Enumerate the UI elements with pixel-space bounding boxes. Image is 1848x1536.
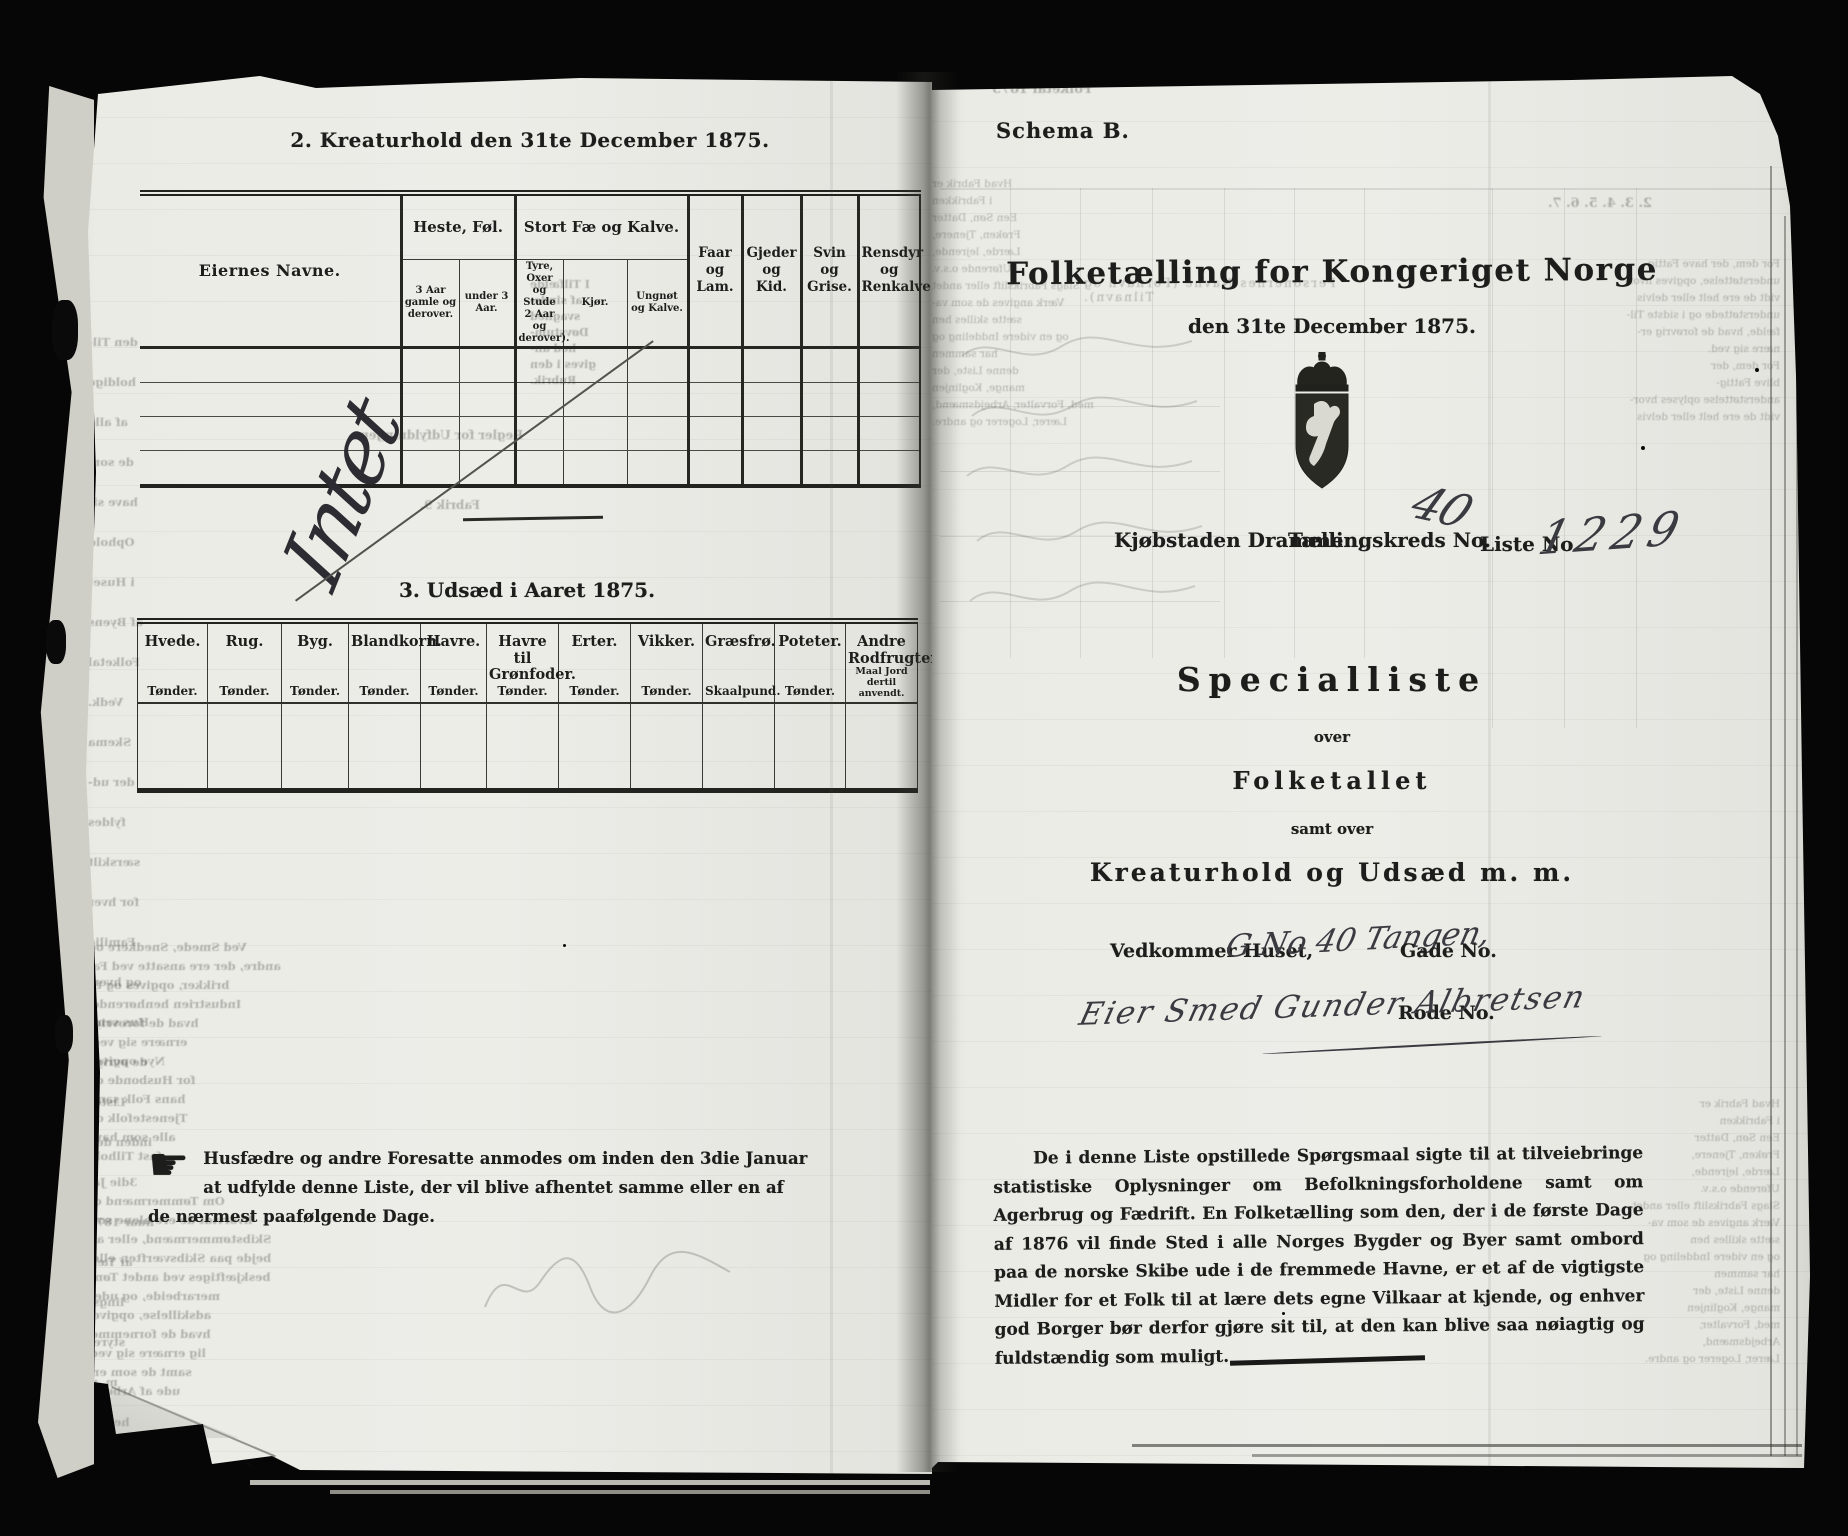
kreaturhold-title: 2. Kreaturhold den 31te December 1875. bbox=[210, 128, 850, 152]
page-crease bbox=[830, 72, 833, 1474]
empty-table-cell bbox=[627, 416, 688, 450]
subcol-ungnot-kalve: Ungnøt og Kalve. bbox=[627, 259, 688, 347]
info-paragraph: De i denne Liste opstillede Spørgsmaal s… bbox=[993, 1139, 1645, 1373]
empty-table-cell bbox=[688, 382, 742, 416]
col-group-stort-fae: Stort Fæ og Kalve. bbox=[515, 193, 688, 259]
empty-table-cell bbox=[487, 703, 559, 791]
empty-table-cell bbox=[775, 703, 846, 791]
subcol-heste-3aar: 3 Aar gamle og derover. bbox=[401, 259, 459, 347]
specialliste-title: Specialliste bbox=[952, 660, 1712, 699]
empty-table-cell bbox=[703, 703, 775, 791]
stacked-sheet-edge bbox=[250, 1480, 930, 1485]
list-value-handwritten: 1229 bbox=[1533, 500, 1691, 565]
udsaed-col-havre: Havre.Tønder. bbox=[421, 621, 487, 703]
stacked-sheet-edge bbox=[1784, 216, 1786, 1456]
empty-table-cell bbox=[559, 703, 631, 791]
empty-table-cell bbox=[401, 347, 459, 382]
gutter-shadow bbox=[896, 72, 960, 1472]
empty-table-cell bbox=[563, 450, 627, 486]
empty-table-cell bbox=[515, 450, 563, 486]
ghost-cursive-squiggle bbox=[480, 1237, 740, 1327]
bleedthrough-tilhold-block: I Tilfælde af sinds- svaghed Døvstum- he… bbox=[530, 277, 616, 389]
empty-table-cell bbox=[421, 703, 487, 791]
empty-table-cell bbox=[742, 347, 801, 382]
manicule-icon: ☛ bbox=[148, 1144, 189, 1184]
col-group-heste: Heste, Føl. bbox=[401, 193, 515, 259]
udsaed-col-havre-gronfoder: Havre til Grønfoder.Tønder. bbox=[487, 621, 559, 703]
district-label: Tællingskreds No. bbox=[1288, 528, 1491, 552]
empty-table-cell bbox=[459, 450, 515, 486]
right-page: Folketal 1875 2. 3. 4. 5. 6. 7. Personer… bbox=[932, 76, 1810, 1468]
empty-table-cell bbox=[631, 703, 703, 791]
empty-table-cell bbox=[349, 703, 421, 791]
empty-table-cell bbox=[627, 382, 688, 416]
main-title: Folketælling for Kongeriget Norge bbox=[952, 251, 1712, 292]
udsaed-col-poteter: Poteter.Tønder. bbox=[775, 621, 846, 703]
empty-table-cell bbox=[742, 450, 801, 486]
tear-blob bbox=[52, 300, 78, 360]
empty-table-cell bbox=[459, 382, 515, 416]
owner-signature-handwritten: Eier Smed Gunder Albretsen bbox=[1076, 979, 1591, 1033]
udsaed-col-rug: Rug.Tønder. bbox=[208, 621, 282, 703]
ghost-cursive-squiggle bbox=[952, 326, 1212, 626]
speck bbox=[1641, 446, 1645, 450]
col-header-gjeder-kid: Gjeder og Kid. bbox=[742, 193, 801, 347]
udsaed-col-blandkorn: Blandkorn.Tønder. bbox=[349, 621, 421, 703]
empty-table-cell bbox=[688, 450, 742, 486]
empty-table-cell bbox=[459, 347, 515, 382]
empty-table-cell bbox=[140, 347, 401, 382]
scanned-census-spread: den Til- holdige af alle de som have sit… bbox=[0, 0, 1848, 1536]
signature-flourish bbox=[1262, 1035, 1602, 1055]
empty-table-cell bbox=[138, 703, 208, 791]
speck bbox=[1755, 368, 1759, 372]
stacked-sheet-edge bbox=[1796, 336, 1798, 1456]
empty-table-cell bbox=[627, 450, 688, 486]
udsaed-title: 3. Udsæd i Aaret 1875. bbox=[137, 578, 917, 602]
speck bbox=[563, 944, 566, 947]
col-header-eiernes-navne: Eiernes Navne. bbox=[140, 193, 401, 347]
page-crease bbox=[1488, 76, 1491, 1468]
short-rule bbox=[463, 516, 603, 521]
specialliste-folketallet: Folketallet bbox=[952, 766, 1712, 795]
empty-table-cell bbox=[742, 416, 801, 450]
left-page: den Til- holdige af alle de som have sit… bbox=[60, 72, 932, 1474]
empty-table-cell bbox=[282, 703, 349, 791]
empty-table-cell bbox=[208, 703, 282, 791]
norway-coat-of-arms bbox=[1284, 352, 1360, 494]
udsaed-col-graesfro: Græsfrø.Skaalpund. bbox=[703, 621, 775, 703]
bleedthrough-bottom-a: Ved Smede, Snedkere og andre, der ere an… bbox=[88, 938, 318, 1166]
stacked-sheet-edge bbox=[330, 1490, 930, 1494]
tear-blob bbox=[55, 1015, 73, 1053]
empty-table-cell bbox=[563, 416, 627, 450]
stacked-sheet-edge bbox=[1252, 1454, 1802, 1457]
stacked-sheet-edge bbox=[1132, 1444, 1802, 1447]
udsaed-col-hvede: Hvede.Tønder. bbox=[138, 621, 208, 703]
empty-table-cell bbox=[742, 382, 801, 416]
tear-blob bbox=[46, 620, 66, 664]
stacked-sheet-edge bbox=[1770, 166, 1772, 1456]
empty-table-cell bbox=[688, 416, 742, 450]
schema-label: Schema B. bbox=[996, 118, 1130, 143]
torn-edge-strip bbox=[38, 86, 94, 1478]
udsaed-table: Hvede.Tønder. Rug.Tønder. Byg.Tønder. Bl… bbox=[137, 618, 918, 793]
udsaed-col-vikker: Vikker.Tønder. bbox=[631, 621, 703, 703]
udsaed-col-erter: Erter.Tønder. bbox=[559, 621, 631, 703]
empty-table-cell bbox=[688, 347, 742, 382]
bleedthrough-right-col: For dem, der have Fattig- understøttelse… bbox=[1620, 256, 1780, 426]
udsaed-col-byg: Byg.Tønder. bbox=[282, 621, 349, 703]
footnote-text: Husfædre og andre Foresatte anmodes om i… bbox=[148, 1144, 808, 1231]
col-header-faar-lam: Faar og Lam. bbox=[688, 193, 742, 347]
date-subtitle: den 31te December 1875. bbox=[952, 314, 1712, 338]
subcol-heste-under3: under 3 Aar. bbox=[459, 259, 515, 347]
empty-table-cell bbox=[401, 382, 459, 416]
specialliste-over: over bbox=[952, 728, 1712, 746]
speck bbox=[246, 1462, 251, 1466]
specialliste-kreaturhold: Kreaturhold og Udsæd m. m. bbox=[952, 858, 1712, 887]
specialliste-samt-over: samt over bbox=[952, 820, 1712, 838]
footnote-block: ☛ Husfædre og andre Foresatte anmodes om… bbox=[148, 1144, 808, 1231]
bleedthrough-right-col-lower: Hvad Fabrik er i Fabrikken Een Søn, Datt… bbox=[1620, 1096, 1780, 1368]
ghost-folketal-label: Folketal 1875 bbox=[992, 82, 1212, 97]
speck bbox=[1282, 1312, 1285, 1315]
gade-label: Gade No. bbox=[1400, 940, 1497, 962]
